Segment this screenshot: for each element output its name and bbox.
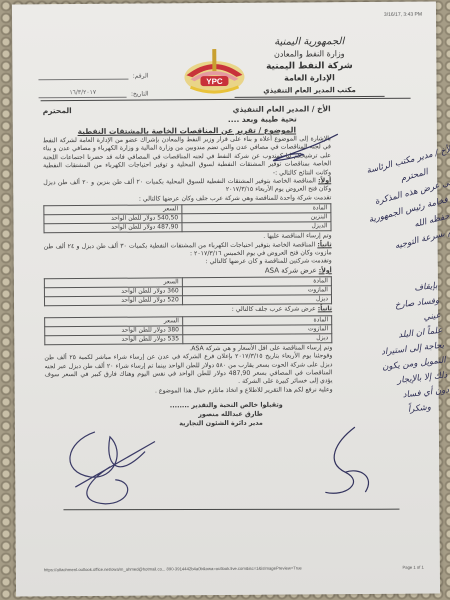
closing-paragraph: وفوجئنا يوم الأربعاء بتاريخ ٢٠١٧/٣/١٥ بإ… xyxy=(44,352,332,388)
letterhead-office: مكتب المدير العام التنفيذي xyxy=(235,84,385,98)
reference-number-label: الرقم: xyxy=(133,73,149,80)
section-1-heading: أولاً: xyxy=(318,177,331,184)
margin-signature-icon xyxy=(305,422,386,503)
date-value: ١٦/٣/٢٠١٧ xyxy=(39,89,127,99)
offer-1-heading: أولاً: xyxy=(319,267,332,274)
ypc-logo: YPC xyxy=(176,47,252,96)
letterhead-administration: الإدارة العامة xyxy=(234,72,384,85)
letterhead-republic: الجمهورية اليمنية xyxy=(234,36,384,49)
addressee: الأخ / المدير العام التنفيذي xyxy=(233,104,331,115)
date-label: التاريخ: xyxy=(131,91,149,98)
table-row: ديزل 535 دولار للطن الواحد xyxy=(45,333,332,344)
cell-price: 535 دولار للطن الواحد xyxy=(45,334,183,344)
letterhead-left: الرقم: التاريخ: ١٦/٣/٢٠١٧ xyxy=(38,62,148,99)
header-divider xyxy=(41,98,411,102)
section-2-text: المناقصة الخاصة بتوفير احتياجات الكهرباء… xyxy=(44,241,332,257)
section-1-text: المناقصة الخاصة بتوفير المشتقات النفطية … xyxy=(43,177,331,193)
letterhead-right: الجمهورية اليمنية وزارة النفط والمعادن ش… xyxy=(234,36,384,98)
cell-material: ديزل xyxy=(183,333,332,343)
document-page: 3/16/17, 3:43 PM الجمهورية اليمنية وزارة… xyxy=(12,2,440,597)
honorific: المحترم xyxy=(43,106,72,116)
tender-1-table: المادة السعر البنزين 540,50 دولار للطن ا… xyxy=(43,204,331,234)
section-1: أولاً: المناقصة الخاصة بتوفير المشتقات ا… xyxy=(43,177,331,196)
letterhead-company: شركة النفط اليمنية xyxy=(234,60,384,73)
cell-material: ديزل xyxy=(182,295,331,305)
offer-2-table: المادة السعر المازوت 380 دولار للطن الوا… xyxy=(44,315,332,345)
offer-1-label: عرض شركة ASA xyxy=(265,266,317,274)
footer-page-number: Page 1 of 1 xyxy=(402,565,423,570)
handwritten-margin-note-continued: بإيقاف وفساد صارخ عيني علماً ان البلد بح… xyxy=(342,279,450,424)
reference-number-value xyxy=(38,71,128,81)
cell-price: 487,90 دولار للطن الواحد xyxy=(44,223,182,233)
section-2-heading: ثانياً: xyxy=(317,241,331,248)
offer-2-label: عرض شركة عرب جلف كالتالي : xyxy=(232,306,316,314)
cell-material: الديزل xyxy=(182,222,331,232)
print-timestamp: 3/16/17, 3:43 PM xyxy=(384,12,422,18)
table-row: الديزل 487,90 دولار للطن الواحد xyxy=(44,222,331,233)
signature-scribble-icon xyxy=(55,421,176,512)
offer-1-table: المادة السعر المازوت 360 دولار للطن الوا… xyxy=(44,277,332,307)
offer-2-heading: ثانياً: xyxy=(318,306,332,313)
cell-price: 380 دولار للطن الواحد xyxy=(45,325,183,335)
cell-price: 540,50 دولار للطن الواحد xyxy=(44,214,182,224)
cell-price: 360 دولار للطن الواحد xyxy=(44,287,182,297)
footer-divider xyxy=(63,509,399,511)
request-paragraph: وعلية نرفع لكم هذا التقرير للاطلاع و اتخ… xyxy=(45,386,333,396)
offer-1-label-row: أولاً: عرض شركة ASA xyxy=(44,266,332,277)
svg-text:YPC: YPC xyxy=(206,77,223,86)
letterhead-ministry: وزارة النفط والمعادن xyxy=(234,48,384,61)
ypc-logo-icon: YPC xyxy=(176,47,252,96)
table-row: ديزل 520 دولار للطن الواحد xyxy=(44,295,331,306)
approval-stroke-icon xyxy=(263,132,343,163)
footer-url: https://attachment.outlook.office.net/ow… xyxy=(44,565,302,572)
print-footer: https://attachment.outlook.office.net/ow… xyxy=(44,565,424,573)
section-2: ثانياً: المناقصة الخاصة بتوفير احتياجات … xyxy=(44,241,332,260)
cell-price: 520 دولار للطن الواحد xyxy=(44,296,182,306)
